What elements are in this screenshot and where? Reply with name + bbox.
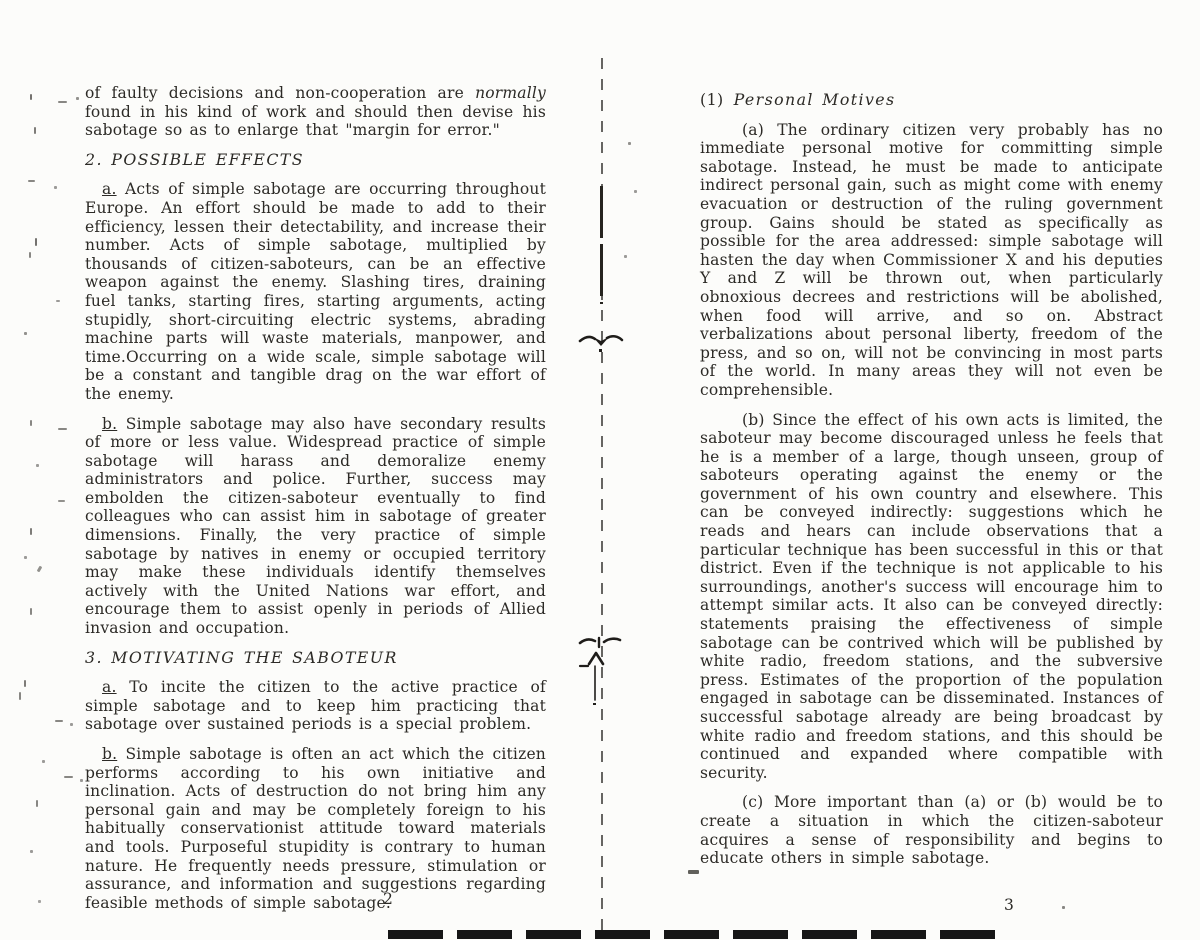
- scan-speckle: [38, 900, 41, 903]
- scan-speckle: [28, 180, 35, 182]
- personal-motives-title: Personal Motives: [734, 90, 896, 109]
- scan-speckle: [30, 608, 32, 615]
- scan-speckle: [70, 723, 73, 726]
- paragraph-2a: a. Acts of simple sabotage are occurring…: [85, 180, 546, 403]
- scan-speckle: [30, 94, 32, 100]
- scan-speckle: [36, 800, 38, 807]
- scan-speckle: [30, 420, 32, 426]
- bottom-scan-bar: [388, 930, 1004, 939]
- scan-speckle: [80, 779, 83, 782]
- fold-mark-icon: [578, 634, 624, 706]
- scan-speckle: [24, 556, 27, 559]
- scan-speckle: [55, 720, 63, 722]
- paragraph-3a-label: a.: [102, 678, 117, 696]
- scan-speckle: [24, 332, 27, 335]
- scanned-document-spread: of faulty decisions and non-cooperation …: [0, 0, 1200, 940]
- scan-speckle: [64, 776, 73, 778]
- scan-speckle: [688, 870, 699, 874]
- scan-speckle: [42, 760, 45, 763]
- scan-speckle: [29, 252, 31, 258]
- paragraph-3a: a. To incite the citizen to the active p…: [85, 678, 546, 734]
- section-heading-motivating-the-saboteur: 3. MOTIVATING THE SABOTEUR: [85, 649, 546, 668]
- paragraph-b: (b) Since the effect of his own acts is …: [700, 411, 1163, 783]
- paragraph-2a-text: Acts of simple sabotage are occurring th…: [85, 180, 546, 403]
- paragraph-3b: b. Simple sabotage is often an act which…: [85, 745, 546, 912]
- scan-speckle: [36, 464, 39, 467]
- paragraph-3a-text: To incite the citizen to the active prac…: [85, 678, 546, 733]
- fold-mark-icon: [578, 328, 624, 354]
- page-3: (1)Personal Motives (a) The ordinary cit…: [700, 88, 1163, 879]
- scan-speckle: [58, 500, 65, 502]
- continuation-emphasis: normally: [475, 84, 546, 102]
- continuation-text-post: found in his kind of work and should the…: [85, 103, 546, 140]
- paragraph-2a-label: a.: [102, 180, 117, 198]
- scan-speckle: [58, 428, 67, 430]
- continuation-text-pre: of faulty decisions and non-cooperation …: [85, 84, 475, 102]
- paragraph-continuation: of faulty decisions and non-cooperation …: [85, 84, 546, 140]
- scan-speckle: [30, 850, 33, 853]
- paragraph-3b-label: b.: [102, 745, 117, 763]
- paragraph-a: (a) The ordinary citizen very probably h…: [700, 121, 1163, 400]
- paragraph-2b-text: Simple sabotage may also have secondary …: [85, 415, 546, 638]
- personal-motives-number: (1): [700, 90, 724, 109]
- scan-speckle: [76, 97, 79, 100]
- scan-speckle: [634, 190, 637, 193]
- paragraph-c: (c) More important than (a) or (b) would…: [700, 793, 1163, 867]
- paragraph-2b: b. Simple sabotage may also have seconda…: [85, 415, 546, 638]
- paragraph-3b-text: Simple sabotage is often an act which th…: [85, 745, 546, 912]
- scan-speckle: [35, 238, 37, 246]
- page-2: of faulty decisions and non-cooperation …: [85, 84, 546, 923]
- section-heading-possible-effects: 2. POSSIBLE EFFECTS: [85, 151, 546, 170]
- scan-speckle: [628, 142, 631, 145]
- scan-speckle: [24, 680, 26, 687]
- section-heading-personal-motives: (1)Personal Motives: [700, 91, 1163, 110]
- scan-speckle: [37, 566, 43, 573]
- scan-speckle: [19, 692, 21, 700]
- scan-speckle: [56, 300, 60, 302]
- scan-speckle: [54, 186, 57, 189]
- scan-speckle: [624, 255, 627, 258]
- page-fold-line-heavy-segment: [600, 186, 603, 304]
- scan-speckle: [1062, 906, 1065, 909]
- scan-speckle: [34, 127, 36, 134]
- scan-speckle: [58, 101, 67, 103]
- page-number-right: 3: [1004, 896, 1014, 914]
- scan-speckle: [30, 528, 32, 535]
- page-number-left: 2: [383, 890, 393, 908]
- paragraph-2b-label: b.: [102, 415, 117, 433]
